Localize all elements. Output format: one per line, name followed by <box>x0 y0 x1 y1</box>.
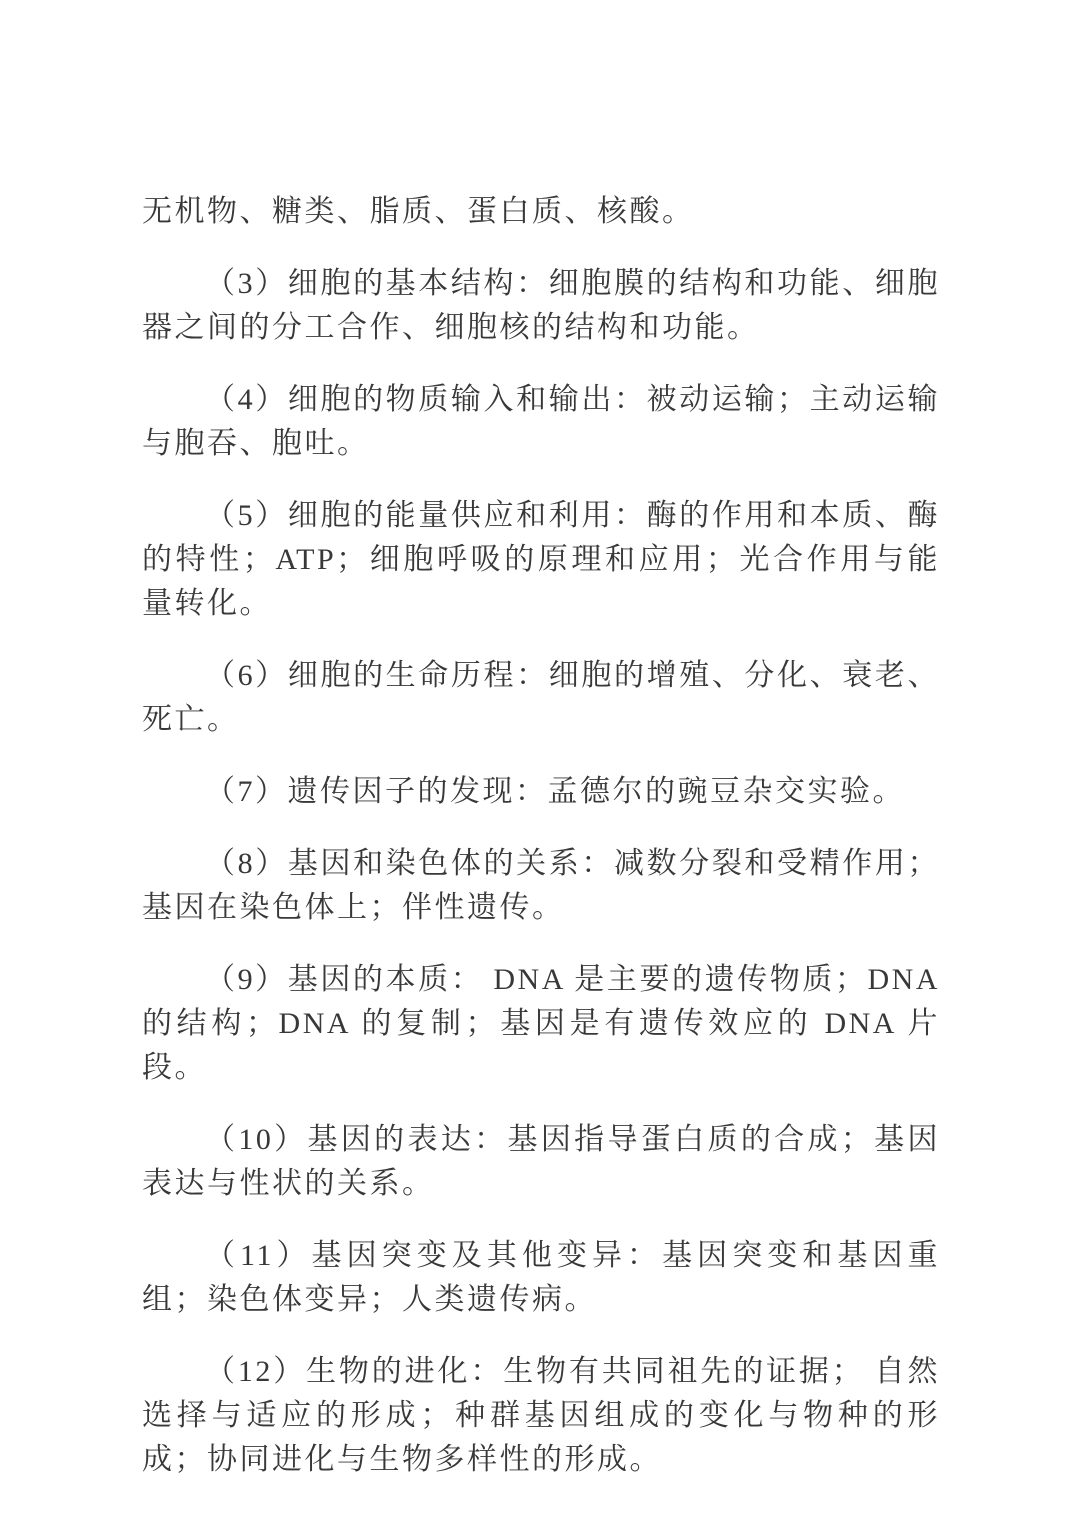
document-page: 无机物、糖类、脂质、蛋白质、核酸。（3）细胞的基本结构：细胞膜的结构和功能、细胞… <box>0 0 1080 1527</box>
paragraph: （6）细胞的生命历程：细胞的增殖、分化、衰老、死亡。 <box>142 654 940 742</box>
paragraph: （9）基因的本质： DNA 是主要的遗传物质；DNA 的结构；DNA 的复制；基… <box>142 958 940 1090</box>
paragraph-list: 无机物、糖类、脂质、蛋白质、核酸。（3）细胞的基本结构：细胞膜的结构和功能、细胞… <box>142 190 940 1482</box>
paragraph: （5）细胞的能量供应和利用：酶的作用和本质、酶的特性；ATP；细胞呼吸的原理和应… <box>142 494 940 626</box>
paragraph: （8）基因和染色体的关系：减数分裂和受精作用；基因在染色体上；伴性遗传。 <box>142 842 940 930</box>
paragraph: 无机物、糖类、脂质、蛋白质、核酸。 <box>142 190 940 234</box>
paragraph: （4）细胞的物质输入和输出：被动运输；主动运输与胞吞、胞吐。 <box>142 378 940 466</box>
paragraph: （11）基因突变及其他变异：基因突变和基因重组；染色体变异；人类遗传病。 <box>142 1234 940 1322</box>
paragraph: （10）基因的表达：基因指导蛋白质的合成；基因表达与性状的关系。 <box>142 1118 940 1206</box>
paragraph: （7）遗传因子的发现：孟德尔的豌豆杂交实验。 <box>142 770 940 814</box>
paragraph: （12）生物的进化：生物有共同祖先的证据； 自然选择与适应的形成；种群基因组成的… <box>142 1350 940 1482</box>
paragraph: （3）细胞的基本结构：细胞膜的结构和功能、细胞器之间的分工合作、细胞核的结构和功… <box>142 262 940 350</box>
